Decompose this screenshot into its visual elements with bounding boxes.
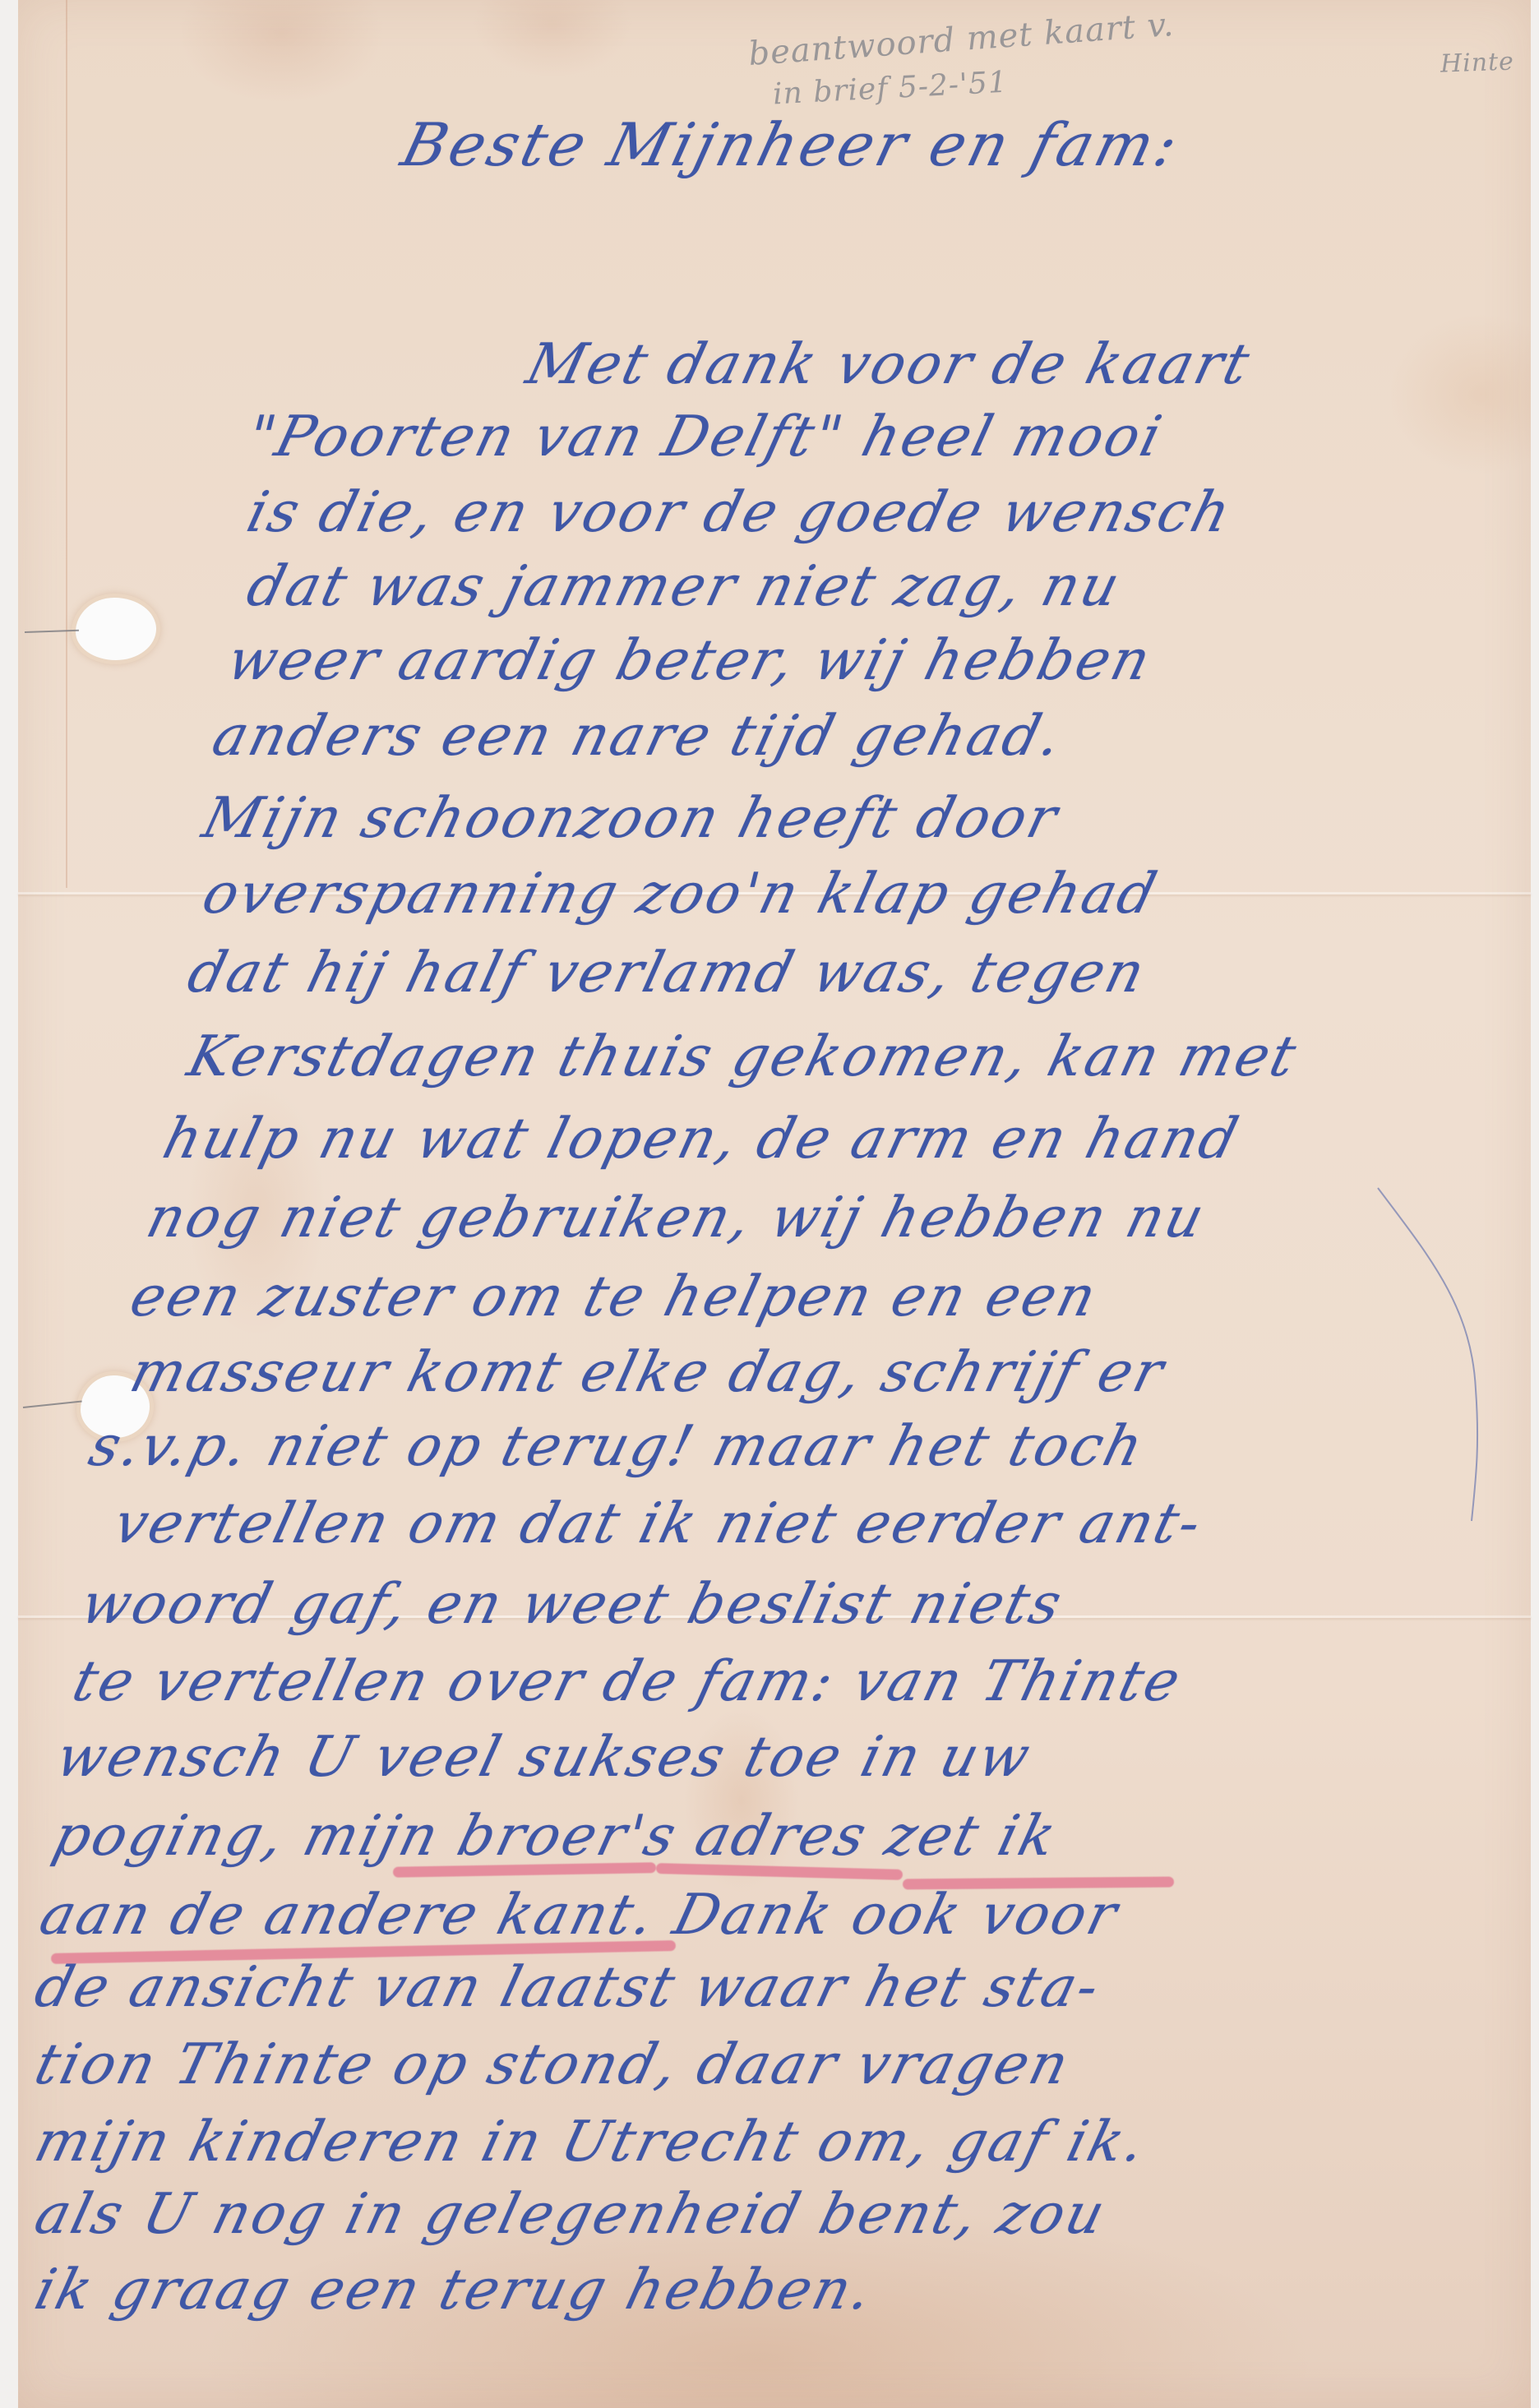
letter-line: weer aardig beter, wij hebben (222, 633, 1158, 689)
letter-line: vertellen om dat ik niet eerder ant- (109, 1496, 1209, 1552)
pencil-annotation-line2: in brief 5-2-'51 (772, 68, 1008, 110)
letter-line: masseur komt elke dag, schrijf er (125, 1345, 1171, 1401)
letter-line: Mijn schoonzoon heeft door (197, 791, 1065, 847)
letter-line: "Poorten van Delft" heel mooi (242, 409, 1169, 465)
paper-fold-vertical (66, 0, 67, 888)
letter-line: wensch U veel sukses toe in uw (51, 1730, 1038, 1786)
punch-hole (76, 598, 156, 660)
pencil-mark (25, 630, 79, 633)
letter-line: s.v.p. niet op terug! maar het toch (84, 1419, 1150, 1475)
letter-line: dat was jammer niet zag, nu (242, 559, 1127, 615)
letter-line: dat hij half verlamd was, tegen (183, 945, 1152, 1001)
letter-line: nog niet gebruiken, wij hebben nu (141, 1190, 1211, 1246)
pencil-annotation-line1: beantwoord met kaart v. (747, 8, 1175, 71)
letter-line: is die, en voor de goede wensch (242, 485, 1238, 541)
letter-line: mijn kinderen in Utrecht om, gaf ik. (30, 2115, 1153, 2170)
letter-line: tion Thinte op stond, daar vragen (30, 2037, 1076, 2093)
letter-line: een zuster om te helpen en een (125, 1269, 1103, 1325)
pencil-annotation-side: Hinte (1440, 49, 1515, 76)
letter-greeting: Beste Mijnheer en fam: (396, 115, 1186, 174)
pencil-mark (23, 1400, 82, 1408)
letter-line: woord gaf, en weet beslist niets (76, 1577, 1069, 1633)
letter-line: de ansicht van laatst waar het sta- (30, 1960, 1107, 2016)
letter-line: te vertellen over de fam: van Thinte (67, 1654, 1187, 1710)
letter-line: Kerstdagen thuis gekomen, kan met (183, 1029, 1303, 1085)
letter-line: poging, mijn broer's adres zet ik (48, 1809, 1063, 1865)
letter-sheet: beantwoord met kaart v. in brief 5-2-'51… (18, 0, 1531, 2408)
letter-line: anders een nare tijd gehad. (207, 709, 1069, 765)
letter-line: hulp nu wat lopen, de arm en hand (158, 1112, 1246, 1167)
letter-line: ik graag een terug hebben. (30, 2262, 879, 2318)
letter-line: als U nog in gelegenheid bent, zou (30, 2187, 1112, 2243)
letter-line: overspanning zoo'n klap gehad (197, 867, 1163, 922)
letter-line: aan de andere kant. Dank ook voor (35, 1888, 1125, 1944)
letter-line: Met dank voor de kaart (521, 337, 1256, 393)
pink-underline (903, 1877, 1174, 1890)
